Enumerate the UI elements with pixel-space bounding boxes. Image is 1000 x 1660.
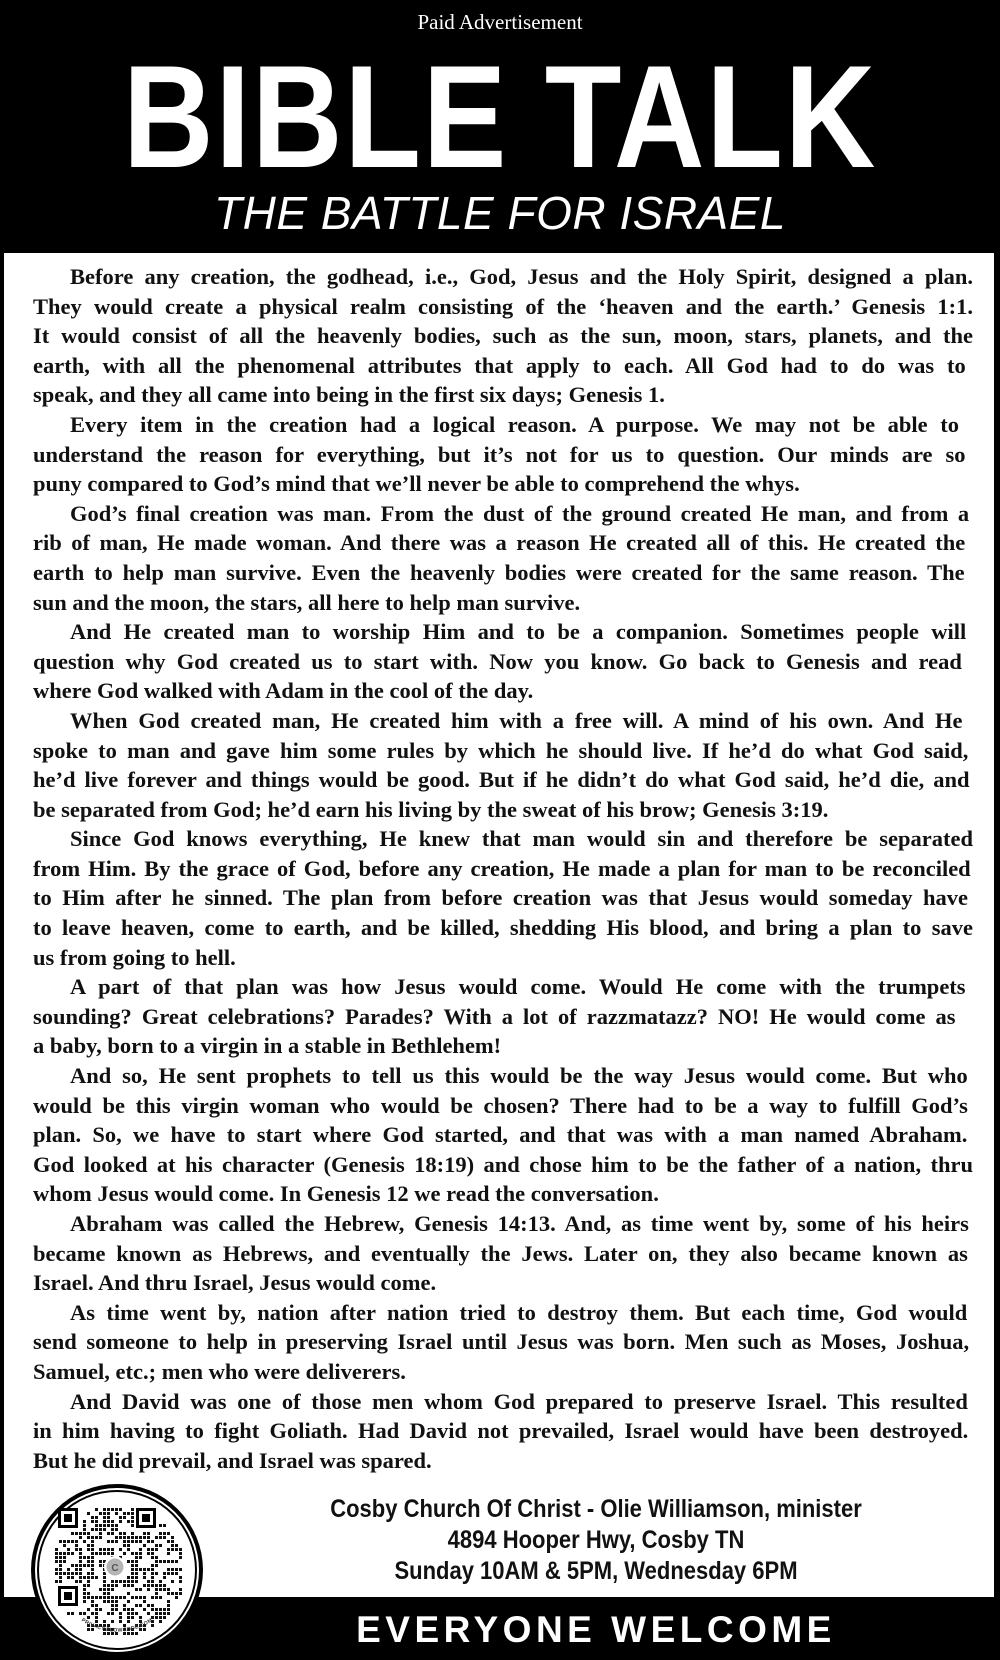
paragraph-line: It would consist of all the heavenly bod… xyxy=(33,321,973,351)
paragraph-line: where God walked with Adam in the cool o… xyxy=(33,676,973,706)
text-line: where God walked with Adam in the cool o… xyxy=(33,676,533,706)
paragraph-line: Israel. And thru Israel, Jesus would com… xyxy=(33,1268,973,1298)
paragraph-line: earth, with all the phenomenal attribute… xyxy=(33,351,973,381)
text-line: speak, and they all came into being in t… xyxy=(33,380,665,410)
text-line: to leave heaven, come to earth, and be k… xyxy=(33,913,973,943)
text-line: in him having to fight Goliath. Had Davi… xyxy=(33,1416,968,1446)
paragraph-line: They would create a physical realm consi… xyxy=(33,292,973,322)
text-line: would be this virgin woman who would be … xyxy=(33,1091,968,1121)
text-line: became known as Hebrews, and eventually … xyxy=(33,1239,968,1269)
text-line: And David was one of those men whom God … xyxy=(70,1387,968,1417)
qr-finder-top-right xyxy=(136,1508,156,1528)
article-body: Before any creation, the godhead, i.e., … xyxy=(33,262,973,1475)
text-line: When God created man, He created him wit… xyxy=(70,706,963,736)
text-line: It would consist of all the heavenly bod… xyxy=(33,321,973,351)
page-title: BIBLE TALK xyxy=(70,44,930,190)
paragraph-first-line: Every item in the creation had a logical… xyxy=(33,410,973,440)
paragraph-line: puny compared to God’s mind that we’ll n… xyxy=(33,469,973,499)
text-line: And He created man to worship Him and to… xyxy=(70,617,966,647)
text-line: A part of that plan was how Jesus would … xyxy=(70,972,966,1002)
text-line: God’s final creation was man. From the d… xyxy=(70,499,969,529)
paragraph-line: a baby, born to a virgin in a stable in … xyxy=(33,1031,973,1061)
qr-finder-bottom-left xyxy=(58,1586,78,1606)
text-line: Israel. And thru Israel, Jesus would com… xyxy=(33,1268,436,1298)
paragraph-first-line: As time went by, nation after nation tri… xyxy=(33,1298,973,1328)
text-line: earth, with all the phenomenal attribute… xyxy=(33,351,966,381)
paragraph-first-line: God’s final creation was man. From the d… xyxy=(33,499,973,529)
text-line: sun and the moon, the stars, all here to… xyxy=(33,588,580,618)
text-line: us from going to hell. xyxy=(33,943,236,973)
paragraph-line: question why God created us to start wit… xyxy=(33,647,973,677)
paragraph-line: sounding? Great celebrations? Parades? W… xyxy=(33,1002,973,1032)
paragraph-line: But he did prevail, and Israel was spare… xyxy=(33,1446,973,1476)
paragraph-line: spoke to man and gave him some rules by … xyxy=(33,736,973,766)
paragraph-line: God looked at his character (Genesis 18:… xyxy=(33,1150,973,1180)
paragraph-line: in him having to fight Goliath. Had Davi… xyxy=(33,1416,973,1446)
text-line: God looked at his character (Genesis 18:… xyxy=(33,1150,973,1180)
page-subtitle: THE BATTLE FOR ISRAEL xyxy=(0,188,1000,238)
qr-logo-letter: C xyxy=(111,1563,118,1574)
text-line: plan. So, we have to start where God sta… xyxy=(33,1120,967,1150)
paragraph-line: would be this virgin woman who would be … xyxy=(33,1091,973,1121)
text-line: But he did prevail, and Israel was spare… xyxy=(33,1446,432,1476)
paragraph-first-line: And David was one of those men whom God … xyxy=(33,1387,973,1417)
qr-finder-top-left xyxy=(58,1508,78,1528)
text-line: send someone to help in preserving Israe… xyxy=(33,1327,969,1357)
welcome-text: EVERYONE WELCOME xyxy=(246,1608,946,1652)
paragraph-first-line: Abraham was called the Hebrew, Genesis 1… xyxy=(33,1209,973,1239)
text-line: a baby, born to a virgin in a stable in … xyxy=(33,1031,501,1061)
paid-advertisement-label: Paid Advertisement xyxy=(0,8,1000,36)
paragraph-line: Samuel, etc.; men who were deliverers. xyxy=(33,1357,973,1387)
paragraph-line: speak, and they all came into being in t… xyxy=(33,380,973,410)
text-line: earth to help man survive. Even the heav… xyxy=(33,558,965,588)
text-line: Samuel, etc.; men who were deliverers. xyxy=(33,1357,406,1387)
paragraph-first-line: A part of that plan was how Jesus would … xyxy=(33,972,973,1002)
header-band: Paid Advertisement BIBLE TALK THE BATTLE… xyxy=(0,0,1000,253)
qr-code-icon[interactable]: C PRIVACY.FLOWCODE.COM xyxy=(29,1482,205,1658)
text-line: sounding? Great celebrations? Parades? W… xyxy=(33,1002,955,1032)
address-line: 4894 Hooper Hwy, Cosby TN xyxy=(288,1525,904,1556)
paragraph-line: us from going to hell. xyxy=(33,943,973,973)
text-line: understand the reason for everything, bu… xyxy=(33,440,966,470)
paragraph-line: from Him. By the grace of God, before an… xyxy=(33,854,973,884)
paragraph-first-line: And so, He sent prophets to tell us this… xyxy=(33,1061,973,1091)
text-line: Abraham was called the Hebrew, Genesis 1… xyxy=(70,1209,969,1239)
text-line: rib of man, He made woman. And there was… xyxy=(33,528,965,558)
paragraph-line: be separated from God; he’d earn his liv… xyxy=(33,795,973,825)
service-times-line: Sunday 10AM & 5PM, Wednesday 6PM xyxy=(288,1556,904,1587)
text-line: puny compared to God’s mind that we’ll n… xyxy=(33,469,800,499)
paragraph-line: earth to help man survive. Even the heav… xyxy=(33,558,973,588)
text-line: spoke to man and gave him some rules by … xyxy=(33,736,968,766)
paragraph-first-line: Before any creation, the godhead, i.e., … xyxy=(33,262,973,292)
paragraph-first-line: Since God knows everything, He knew that… xyxy=(33,824,973,854)
text-line: Since God knows everything, He knew that… xyxy=(70,824,973,854)
paragraph-line: rib of man, He made woman. And there was… xyxy=(33,528,973,558)
paragraph-line: send someone to help in preserving Israe… xyxy=(33,1327,973,1357)
church-name-line: Cosby Church Of Christ - Olie Williamson… xyxy=(288,1494,904,1525)
text-line: As time went by, nation after nation tri… xyxy=(70,1298,967,1328)
paragraph-first-line: When God created man, He created him wit… xyxy=(33,706,973,736)
text-line: whom Jesus would come. In Genesis 12 we … xyxy=(33,1179,659,1209)
text-line: They would create a physical realm consi… xyxy=(33,292,973,322)
text-line: be separated from God; he’d earn his liv… xyxy=(33,795,828,825)
advertisement-page: Paid Advertisement BIBLE TALK THE BATTLE… xyxy=(0,0,1000,1660)
text-line: question why God created us to start wit… xyxy=(33,647,962,677)
paragraph-first-line: And He created man to worship Him and to… xyxy=(33,617,973,647)
paragraph-line: to leave heaven, come to earth, and be k… xyxy=(33,913,973,943)
paragraph-line: whom Jesus would come. In Genesis 12 we … xyxy=(33,1179,973,1209)
paragraph-line: to Him after he sinned. The plan from be… xyxy=(33,883,973,913)
paragraph-line: understand the reason for everything, bu… xyxy=(33,440,973,470)
text-line: Every item in the creation had a logical… xyxy=(70,410,959,440)
text-line: he’d live forever and things would be go… xyxy=(33,765,970,795)
text-line: from Him. By the grace of God, before an… xyxy=(33,854,971,884)
paragraph-line: sun and the moon, the stars, all here to… xyxy=(33,588,973,618)
paragraph-line: became known as Hebrews, and eventually … xyxy=(33,1239,973,1269)
text-line: And so, He sent prophets to tell us this… xyxy=(70,1061,968,1091)
paragraph-line: he’d live forever and things would be go… xyxy=(33,765,973,795)
paragraph-line: plan. So, we have to start where God sta… xyxy=(33,1120,973,1150)
text-line: to Him after he sinned. The plan from be… xyxy=(33,883,968,913)
text-line: Before any creation, the godhead, i.e., … xyxy=(70,262,973,292)
